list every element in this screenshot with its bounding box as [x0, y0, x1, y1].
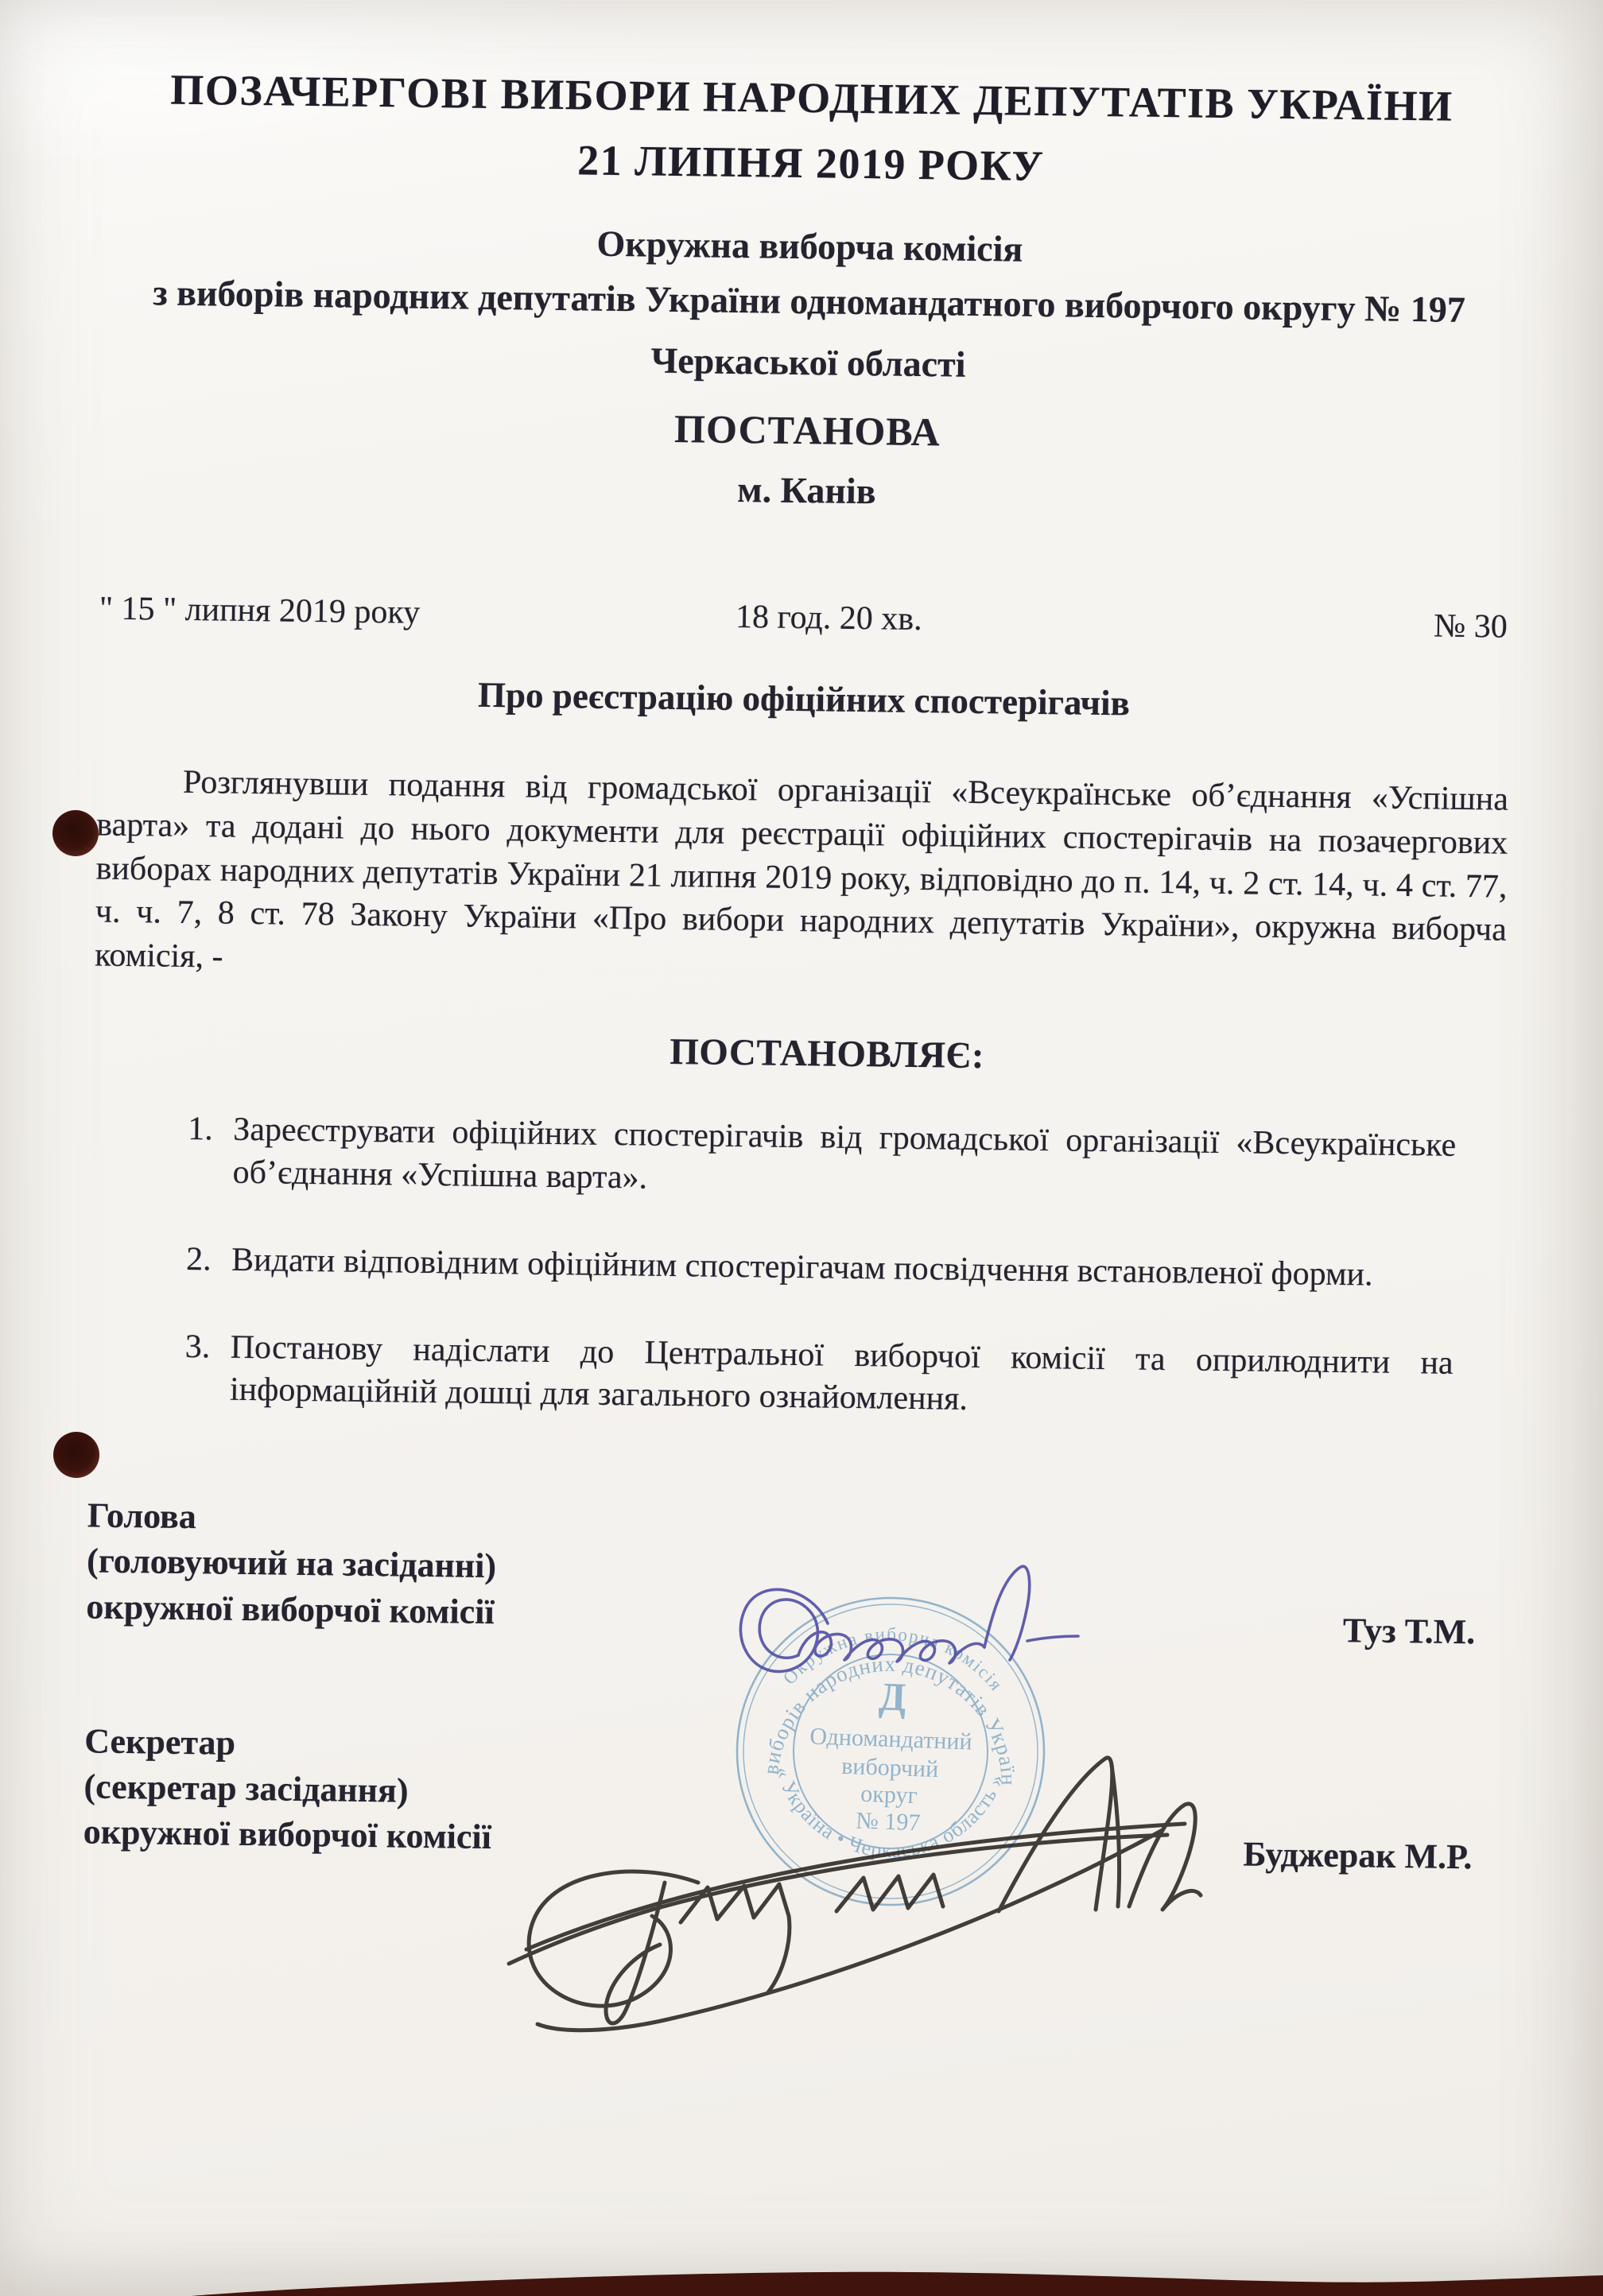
role-line: Секретар — [84, 1718, 493, 1769]
signature-block-secretary: Секретар (секретар засідання) окружної в… — [83, 1718, 1496, 1873]
role-line: окружної виборчої комісії — [83, 1809, 491, 1860]
document-page: ПОЗАЧЕРГОВІ ВИБОРИ НАРОДНИХ ДЕПУТАТІВ УК… — [0, 0, 1603, 2296]
signer-name-secretary: Буджерак М.Р. — [1243, 1834, 1473, 1878]
title-line-1: ПОЗАЧЕРГОВІ ВИБОРИ НАРОДНИХ ДЕПУТАТІВ УК… — [106, 64, 1518, 134]
resolution-item: 2. Видати відповідним офіційним спостері… — [186, 1239, 1455, 1298]
commission-name: Окружна виборча комісія — [104, 216, 1516, 277]
document-time: 18 год. 20 хв. — [688, 598, 922, 639]
resolution-document: ПОЗАЧЕРГОВІ ВИБОРИ НАРОДНИХ ДЕПУТАТІВ УК… — [0, 0, 1603, 1874]
signature-block-head: Голова (головуючий на засіданні) окружно… — [86, 1493, 1499, 1648]
document-number: № 30 — [922, 600, 1511, 646]
resolution-item: 3. Постанову надіслати до Центральної ви… — [184, 1326, 1454, 1428]
item-text: Постанову надіслати до Центральної вибор… — [230, 1326, 1454, 1428]
document-date: " 15 " липня 2019 року — [99, 590, 689, 636]
resolution-item: 1. Зареєструвати офіційних спостерігачів… — [187, 1108, 1456, 1210]
item-number: 3. — [184, 1326, 231, 1412]
item-number: 1. — [187, 1108, 233, 1194]
commission-district: з виборів народних депутатів України одн… — [103, 271, 1516, 332]
resolves-heading: ПОСТАНОВЛЯЄ: — [93, 1023, 1505, 1084]
role-line: окружної виборчої комісії — [86, 1584, 496, 1635]
signer-name-head: Туз Т.М. — [1343, 1610, 1476, 1652]
role-line: Голова — [87, 1493, 498, 1544]
scan-edge-strip — [191, 2272, 1603, 2296]
commission-region: Черкаської області — [103, 332, 1515, 393]
item-number: 2. — [186, 1239, 232, 1282]
resolution-subject: Про реєстрацію офіційних спостерігачів — [98, 669, 1510, 729]
document-meta-row: " 15 " липня 2019 року 18 год. 20 хв. № … — [99, 590, 1511, 646]
role-line: (головуючий на засіданні) — [87, 1538, 497, 1589]
signer-role-secretary: Секретар (секретар засідання) окружної в… — [83, 1718, 492, 1860]
signer-role-head: Голова (головуючий на засіданні) окружно… — [86, 1493, 497, 1635]
title-line-2: 21 ЛИПНЯ 2019 РОКУ — [105, 129, 1517, 198]
document-type: ПОСТАНОВА — [102, 398, 1514, 463]
item-text: Видати відповідним офіційним спостерігач… — [231, 1239, 1455, 1298]
role-line: (секретар засідання) — [83, 1763, 492, 1814]
document-place: м. Канів — [101, 460, 1513, 521]
item-text: Зареєструвати офіційних спостерігачів ві… — [232, 1109, 1456, 1211]
preamble-paragraph: Розглянувши подання від громадської орга… — [95, 760, 1508, 995]
resolution-items: 1. Зареєструвати офіційних спостерігачів… — [89, 1107, 1504, 1429]
